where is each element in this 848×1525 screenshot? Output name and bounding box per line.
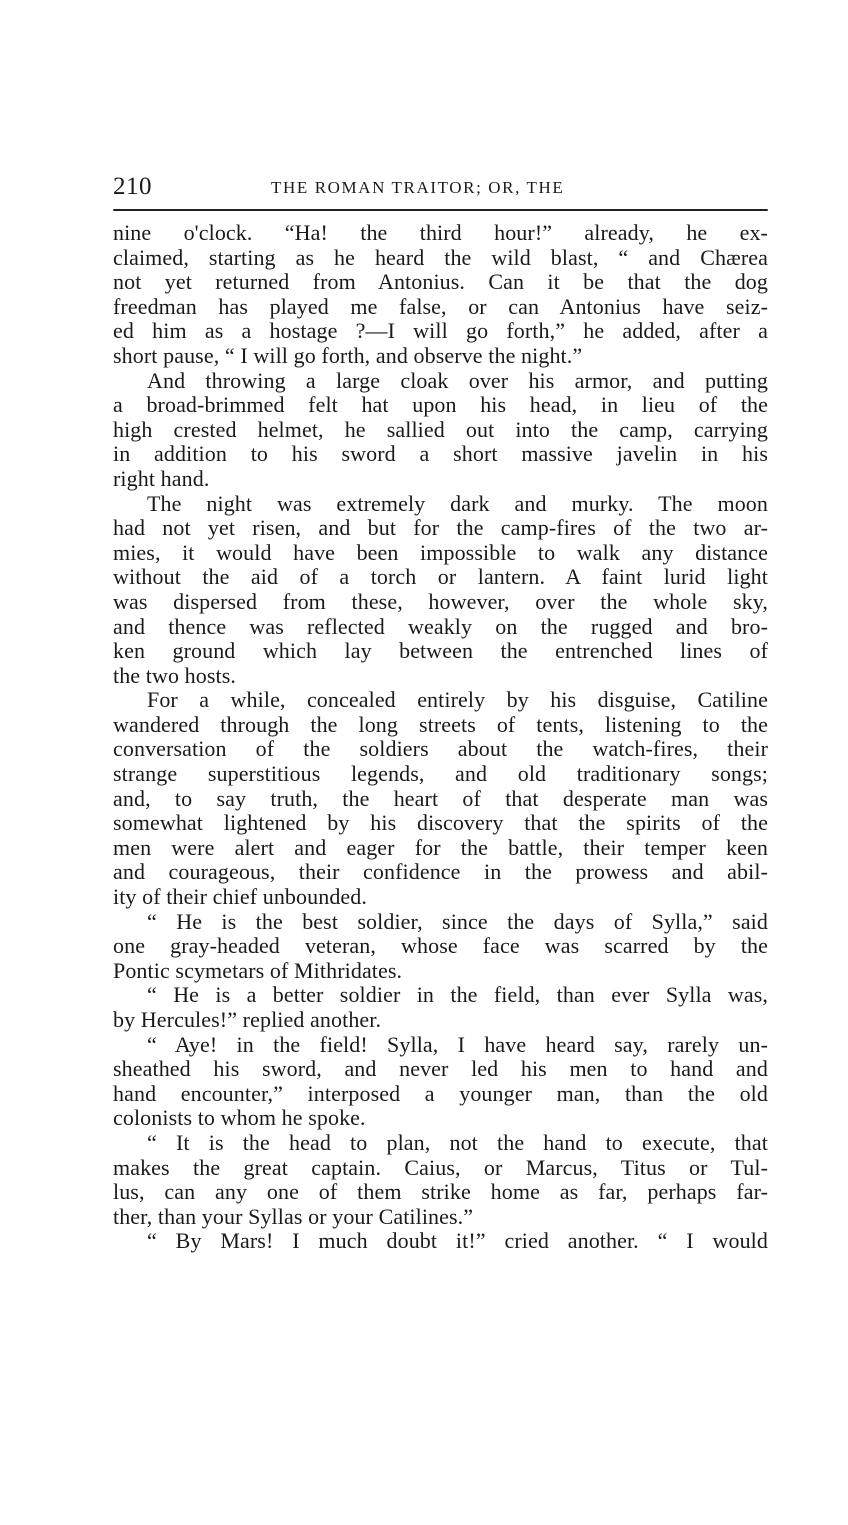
text-line: had not yet risen, and but for the camp-… — [113, 516, 768, 541]
text-line: Pontic scymetars of Mithridates. — [113, 959, 768, 984]
text-line: in addition to his sword a short massive… — [113, 442, 768, 467]
text-line: lus, can any one of them strike home as … — [113, 1180, 768, 1205]
text-line: “ He is the best soldier, since the days… — [113, 910, 768, 935]
text-line: mies, it would have been impossible to w… — [113, 541, 768, 566]
text-line: high crested helmet, he sallied out into… — [113, 418, 768, 443]
text-line: a broad-brimmed felt hat upon his head, … — [113, 393, 768, 418]
text-line: ed him as a hostage ?—I will go forth,” … — [113, 319, 768, 344]
text-line: “ By Mars! I much doubt it!” cried anoth… — [113, 1229, 768, 1254]
text-line: by Hercules!” replied another. — [113, 1008, 768, 1033]
text-line: short pause, “ I will go forth, and obse… — [113, 344, 768, 369]
text-line: ken ground which lay between the entrenc… — [113, 639, 768, 664]
text-line: freedman has played me false, or can Ant… — [113, 295, 768, 320]
book-page: 210 THE ROMAN TRAITOR; OR, THE nine o'cl… — [0, 0, 848, 1525]
body-text: nine o'clock. “Ha! the third hour!” alre… — [113, 221, 768, 1254]
text-line: somewhat lightened by his discovery that… — [113, 811, 768, 836]
text-line: and courageous, their confidence in the … — [113, 860, 768, 885]
text-line: one gray-headed veteran, whose face was … — [113, 934, 768, 959]
text-line: strange superstitious legends, and old t… — [113, 762, 768, 787]
text-line: without the aid of a torch or lantern. A… — [113, 565, 768, 590]
text-line: wandered through the long streets of ten… — [113, 713, 768, 738]
text-line: was dispersed from these, however, over … — [113, 590, 768, 615]
text-line: ther, than your Syllas or your Catilines… — [113, 1205, 768, 1230]
page-number: 210 — [113, 172, 152, 202]
text-line: hand encounter,” interposed a younger ma… — [113, 1082, 768, 1107]
text-line: men were alert and eager for the battle,… — [113, 836, 768, 861]
running-head: 210 THE ROMAN TRAITOR; OR, THE — [113, 172, 768, 202]
text-line: and, to say truth, the heart of that des… — [113, 787, 768, 812]
text-line: sheathed his sword, and never led his me… — [113, 1057, 768, 1082]
text-line: And throwing a large cloak over his armo… — [113, 369, 768, 394]
text-line: “ It is the head to plan, not the hand t… — [113, 1131, 768, 1156]
text-line: “ Aye! in the field! Sylla, I have heard… — [113, 1033, 768, 1058]
text-line: the two hosts. — [113, 664, 768, 689]
text-line: right hand. — [113, 467, 768, 492]
text-line: For a while, concealed entirely by his d… — [113, 688, 768, 713]
text-line: makes the great captain. Caius, or Marcu… — [113, 1156, 768, 1181]
text-line: “ He is a better soldier in the field, t… — [113, 983, 768, 1008]
text-line: not yet returned from Antonius. Can it b… — [113, 270, 768, 295]
text-line: and thence was reflected weakly on the r… — [113, 615, 768, 640]
text-line: claimed, starting as he heard the wild b… — [113, 246, 768, 271]
text-line: conversation of the soldiers about the w… — [113, 737, 768, 762]
text-line: colonists to whom he spoke. — [113, 1106, 768, 1131]
text-line: nine o'clock. “Ha! the third hour!” alre… — [113, 221, 768, 246]
text-line: The night was extremely dark and murky. … — [113, 492, 768, 517]
header-rule-divider — [113, 209, 768, 211]
running-title: THE ROMAN TRAITOR; OR, THE — [271, 176, 564, 200]
text-line: ity of their chief unbounded. — [113, 885, 768, 910]
